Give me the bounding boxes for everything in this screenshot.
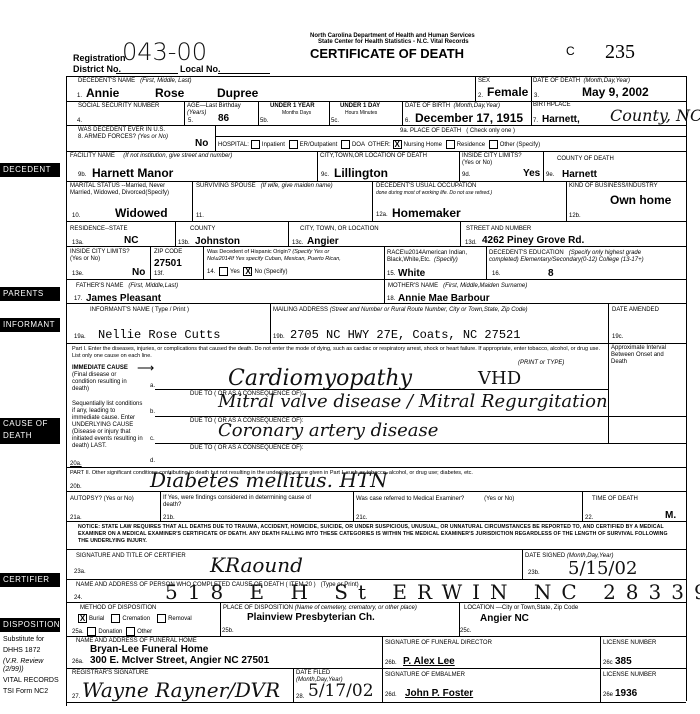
donation-checkbox[interactable] bbox=[87, 627, 96, 636]
race-value: White bbox=[398, 268, 425, 279]
street-label: STREET AND NUMBER bbox=[466, 226, 531, 233]
interval-label: Approximate Interval Between Onset and D… bbox=[611, 345, 681, 366]
date-filed-value: 5/17/02 bbox=[308, 681, 374, 701]
completed-by-address: 518 E H St ERWIN NC 28339 bbox=[165, 580, 700, 604]
time-of-death-label: TIME OF DEATH bbox=[592, 496, 638, 503]
section-tag-certifier: CERTIFIER bbox=[0, 573, 60, 587]
inside-city-limits-value: Yes bbox=[523, 168, 540, 179]
dod-value: May 9, 2002 bbox=[582, 85, 649, 99]
other-disposition-checkbox[interactable] bbox=[126, 627, 135, 636]
place-of-death-options: HOSPITAL:Inpatient ER/Outpatient DOA OTH… bbox=[218, 140, 540, 149]
armed-forces-label: WAS DECEDENT EVER IN U.S.8. ARMED FORCES… bbox=[78, 127, 168, 141]
dob-value: December 17, 1915 bbox=[415, 111, 523, 125]
city-of-death-value: Lillington bbox=[334, 166, 388, 180]
registrar-signature: Wayne Rayner/DVR bbox=[82, 678, 280, 702]
autopsy-label: AUTOPSY? (Yes or No) bbox=[70, 496, 134, 503]
method-options: XBurial Cremation Removal bbox=[76, 614, 192, 623]
residence-checkbox[interactable] bbox=[446, 140, 455, 149]
local-label: Local No. bbox=[180, 64, 221, 74]
cause-line-b: Mitral valve disease / Mitral Regurgitat… bbox=[218, 391, 608, 412]
time-of-death-suffix: M. bbox=[665, 510, 676, 521]
notice-text: NOTICE: STATE LAW REQUIRES THAT ALL DEAT… bbox=[78, 524, 678, 545]
section-tag-cause-of-death: CAUSE OFDEATH bbox=[0, 418, 60, 444]
part-1-instructions: Part I. Enter the diseases, injuries, or… bbox=[72, 346, 602, 360]
findings-label: If Yes, were findings considered in dete… bbox=[163, 495, 313, 509]
form-footer-notes: Substitute for DHHS 1872 (V.R. Review (2… bbox=[3, 634, 59, 697]
section-tag-informant: INFORMANT bbox=[0, 318, 60, 332]
embalmer-license-value: 1936 bbox=[615, 688, 637, 699]
inpatient-checkbox[interactable] bbox=[251, 140, 260, 149]
hispanic-options: 14. Yes XNo (Specify) bbox=[207, 267, 288, 276]
certificate-title: CERTIFICATE OF DEATH bbox=[310, 46, 464, 61]
business-label: KIND OF BUSINESS/INDUSTRY bbox=[569, 183, 658, 190]
informant-name-label: INFORMANT'S NAME ( Type / Print ) bbox=[90, 307, 189, 314]
county-of-death-label: COUNTY OF DEATH bbox=[557, 156, 614, 163]
education-value: 8 bbox=[548, 268, 554, 279]
facility-value: Harnett Manor bbox=[92, 166, 173, 180]
funeral-director-label: SIGNATURE OF FUNERAL DIRECTOR bbox=[385, 640, 492, 647]
race-label: RACE\u2014American Indian,Black,White,Et… bbox=[387, 250, 467, 264]
registration-label: Registration bbox=[73, 53, 126, 63]
occupation-value: Homemaker bbox=[392, 206, 461, 220]
city-of-death-label: CITY,TOWN,OR LOCATION OF DEATH bbox=[320, 153, 427, 160]
certifier-signature-label: SIGNATURE AND TITLE OF CERTIFIER bbox=[76, 553, 186, 560]
mailing-address-value: 2705 NC HWY 27E, Coats, NC 27521 bbox=[290, 328, 520, 342]
agency-line-2: State Center for Health Statistics - N.C… bbox=[318, 39, 469, 45]
under-1-year-label: UNDER 1 YEAR bbox=[270, 103, 315, 110]
spouse-label: SURVIVING SPOUSE (If wife, give maiden n… bbox=[196, 183, 333, 190]
registrar-label: REGISTRAR'S SIGNATURE bbox=[72, 670, 148, 677]
director-license-label: LICENSE NUMBER bbox=[603, 640, 656, 647]
cremation-checkbox[interactable] bbox=[111, 614, 120, 623]
section-tag-decedent: DECEDENT bbox=[0, 163, 60, 177]
sex-label: SEX bbox=[478, 78, 490, 85]
decedent-middle-name: Rose bbox=[155, 86, 184, 100]
education-label: DECEDENT'S EDUCATION (Specify only highe… bbox=[489, 250, 644, 264]
doa-checkbox[interactable] bbox=[341, 140, 350, 149]
place-of-death-label: 9a. PLACE OF DEATH ( Check only one ) bbox=[400, 128, 515, 135]
date-amended-label: DATE AMENDED bbox=[612, 307, 659, 314]
me-label: Was case referred to Medical Examiner? (… bbox=[356, 496, 514, 503]
birthplace-label: BIRTHPLACE bbox=[533, 102, 571, 109]
disposition-place-value: Plainview Presbyterian Ch. bbox=[247, 612, 375, 623]
decedent-name-label: DECEDENT'S NAME (First, Middle, Last) bbox=[78, 78, 192, 85]
burial-checkbox[interactable]: X bbox=[78, 614, 87, 623]
date-signed-value: 5/15/02 bbox=[568, 558, 637, 579]
county-of-death-value: Harnett bbox=[562, 169, 597, 180]
decedent-last-name: Dupree bbox=[217, 86, 258, 100]
disposition-place-label: PLACE OF DISPOSITION (Name of cemetery, … bbox=[223, 605, 417, 612]
marital-value: Widowed bbox=[115, 206, 168, 220]
nursing-home-checkbox[interactable]: X bbox=[393, 140, 402, 149]
occupation-label: DECEDENT'S USUAL OCCUPATION bbox=[376, 183, 476, 190]
removal-checkbox[interactable] bbox=[157, 614, 166, 623]
residence-county-label: COUNTY bbox=[190, 226, 215, 233]
marital-label: MARITAL STATUS --Married, NeverMarried, … bbox=[70, 183, 169, 197]
embalmer-value: John P. Foster bbox=[405, 688, 473, 699]
disposition-location-value: Angier NC bbox=[480, 613, 529, 624]
section-tag-disposition: DISPOSITION bbox=[0, 618, 60, 632]
mother-label: MOTHER'S NAME (First, Middle,Maiden Surn… bbox=[388, 283, 527, 290]
hispanic-yes-checkbox[interactable] bbox=[219, 267, 228, 276]
birthplace-value: Harnett, bbox=[542, 114, 580, 125]
sex-value: Female bbox=[487, 85, 528, 99]
zip-label: ZIP CODE bbox=[154, 249, 182, 256]
under-1-day-label: UNDER 1 DAY bbox=[340, 103, 380, 110]
er-outpatient-checkbox[interactable] bbox=[289, 140, 298, 149]
hispanic-label: Was Decedent of Hispanic Origin? (Specif… bbox=[207, 249, 341, 263]
section-tag-parents: PARENTS bbox=[0, 287, 60, 301]
street-value: 4262 Piney Grove Rd. bbox=[482, 235, 584, 246]
part-2-value: Diabetes mellitus. HTN bbox=[150, 468, 388, 492]
cause-line-c: Coronary artery disease bbox=[218, 420, 438, 441]
other-checkbox[interactable] bbox=[489, 140, 498, 149]
facility-label: FACILITY NAME (If not institution, give … bbox=[70, 153, 232, 160]
funeral-home-name: Bryan-Lee Funeral Home bbox=[90, 644, 208, 655]
residence-state-value: NC bbox=[124, 235, 138, 246]
hispanic-no-checkbox[interactable]: X bbox=[243, 267, 252, 276]
certifier-signature: KRaound bbox=[210, 553, 303, 577]
inside-city-limits-label: INSIDE CITY LIMITS?(Yes or No) bbox=[462, 153, 522, 167]
registration-number: 043-00 bbox=[122, 38, 207, 66]
age-value: 86 bbox=[218, 113, 229, 124]
age-label: AGE—Last Birthday(Years) bbox=[187, 103, 241, 117]
disposition-location-label: LOCATION —City or Town,State, Zip Code bbox=[464, 605, 578, 612]
method-label: METHOD OF DISPOSITION bbox=[80, 605, 156, 612]
dod-label: DATE OF DEATH (Month,Day,Year) bbox=[533, 78, 630, 85]
decedent-first-name: Annie bbox=[86, 86, 119, 100]
embalmer-label: SIGNATURE OF EMBALMER bbox=[385, 672, 465, 679]
director-license-value: 385 bbox=[615, 656, 632, 667]
cause-line-a-extra: VHD bbox=[478, 368, 521, 389]
business-value: Own home bbox=[610, 193, 671, 207]
dob-label: DATE OF BIRTH (Month,Day,Year) bbox=[405, 103, 500, 110]
birthplace-handwritten: County, NC bbox=[610, 106, 700, 125]
ssn-label: SOCIAL SECURITY NUMBER bbox=[78, 103, 159, 110]
embalmer-license-label: LICENSE NUMBER bbox=[603, 672, 656, 679]
residence-state-label: RESIDENCE--STATE bbox=[70, 226, 127, 233]
mailing-address-label: MAILING ADDRESS (Street and Number or Ru… bbox=[273, 307, 528, 314]
informant-name-value: Nellie Rose Cutts bbox=[98, 328, 220, 342]
cause-line-a: Cardiomyopathy bbox=[228, 366, 412, 391]
zip-value: 27501 bbox=[154, 258, 182, 269]
residence-city-label: CITY, TOWN, OR LOCATION bbox=[300, 226, 379, 233]
cert-prefix: C bbox=[566, 44, 575, 58]
residence-limits-value: No bbox=[132, 267, 145, 278]
father-label: FATHER'S NAME (First, Middle,Last) bbox=[76, 283, 178, 290]
funeral-director-value: P. Alex Lee bbox=[403, 656, 455, 667]
residence-limits-label: INSIDE CITY LIMITS?(Yes or No) bbox=[70, 249, 130, 263]
cert-number: 235 bbox=[605, 41, 635, 64]
district-label: District No. bbox=[73, 64, 121, 74]
armed-forces-value: No bbox=[195, 138, 208, 149]
funeral-home-address: 300 E. McIver Street, Angier NC 27501 bbox=[90, 655, 269, 666]
